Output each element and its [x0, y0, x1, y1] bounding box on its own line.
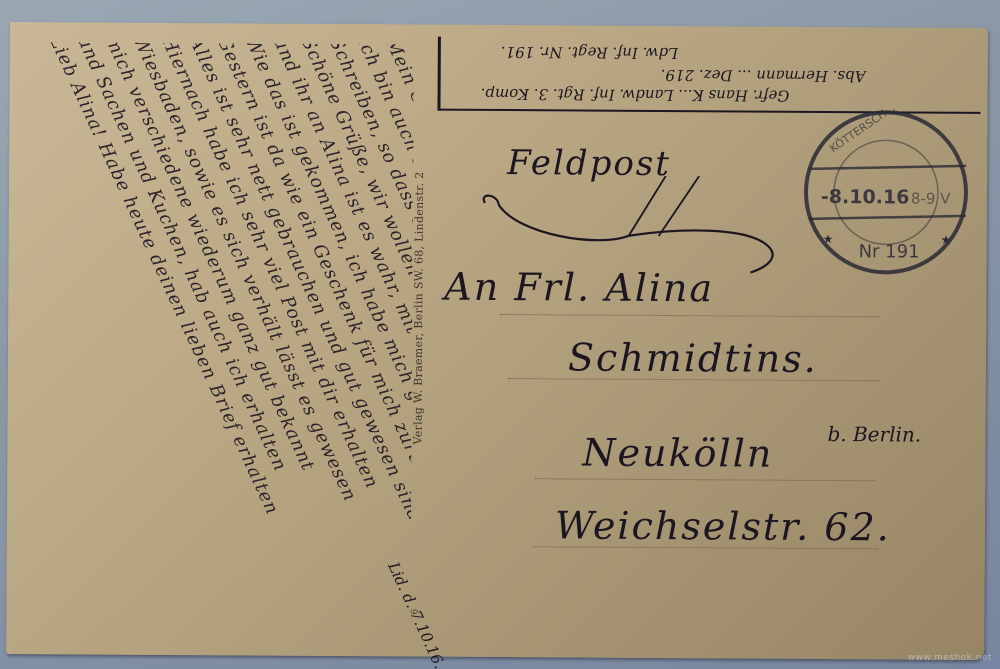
address-street: Weichselstr. 62.	[555, 503, 891, 549]
postmark-star-icon: ★	[941, 233, 952, 247]
handwritten-message: Lieb Alina! Habe heute deinen lieben Bri…	[30, 42, 414, 644]
address-city-note: b. Berlin.	[827, 422, 921, 447]
address-dotted-line	[500, 313, 880, 317]
postmark-time: 8-9 V	[911, 190, 951, 208]
postmark-date: -8.10.16	[821, 186, 910, 209]
sender-block: Ldw. Inf. Regt. Nr. 191. Abs. Hermann ..…	[437, 37, 980, 114]
page-number: 6	[410, 609, 420, 615]
postmark-number: Nr 191	[859, 241, 920, 262]
flourish-underline-icon	[478, 175, 779, 277]
sender-line: Ldw. Inf. Regt. Nr. 191.	[501, 43, 678, 62]
postcard: Lieb Alina! Habe heute deinen lieben Bri…	[6, 22, 988, 660]
sender-line: Abs. Hermann ... Dez. 219.	[661, 66, 866, 85]
publisher-imprint: Verlag W. Braemer, Berlin SW. 68, Linden…	[411, 172, 426, 445]
watermark: www.meshok.net	[908, 653, 992, 663]
address-name: Schmidtins.	[568, 335, 818, 381]
postmark-star-icon: ★	[823, 232, 834, 246]
address-dotted-line	[535, 477, 875, 481]
sender-line: Gefr. Hans K... Landw. Inf. Rgt. 3. Komp…	[481, 85, 790, 105]
address-recipient: An Frl. Alina	[444, 265, 714, 311]
address-city: Neukölln	[582, 431, 773, 476]
postmark-stamp-icon: -8.10.16 8-9 V Nr 191 ★ ★ KÖTTERSCH...	[800, 107, 971, 278]
